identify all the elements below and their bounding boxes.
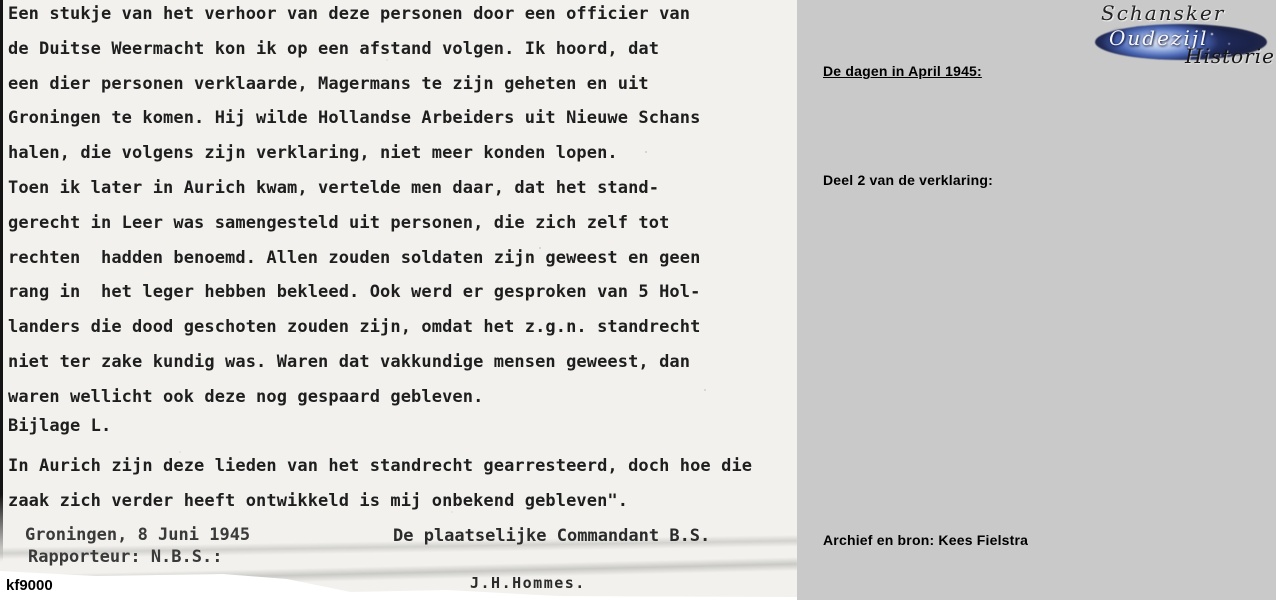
document-line: gerecht in Leer was samengesteld uit per…: [8, 206, 794, 241]
document-line: Groningen te komen. Hij wilde Hollandse …: [8, 101, 794, 136]
page-title: De dagen in April 1945:: [823, 63, 982, 79]
document-line: landers die dood geschoten zouden zijn, …: [8, 310, 794, 345]
section-subtitle: Deel 2 van de verklaring:: [823, 172, 993, 188]
side-panel: De dagen in April 1945: Deel 2 van de ve…: [797, 0, 1276, 600]
signature-place-date: Groningen, 8 Juni 1945: [25, 525, 250, 545]
document-line: Toen ik later in Aurich kwam, vertelde m…: [8, 171, 794, 206]
document-line: In Aurich zijn deze lieden van het stand…: [8, 449, 794, 484]
logo-word-historie: Historie: [1185, 44, 1275, 68]
document-line: een dier personen verklaarde, Magermans …: [8, 67, 794, 102]
document-line: halen, die volgens zijn verklaring, niet…: [8, 136, 794, 171]
document-line: zaak zich verder heeft ontwikkeld is mij…: [8, 484, 794, 519]
document-line: rang in het leger hebben bekleed. Ook we…: [8, 275, 794, 310]
document-line: Een stukje van het verhoor van deze pers…: [8, 0, 794, 32]
source-credit: Archief en bron: Kees Fielstra: [823, 532, 1028, 548]
scan-left-edge: [0, 0, 3, 562]
signature-rapporteur: Rapporteur: N.B.S.:: [28, 547, 222, 567]
signature-name: J.H.Hommes.: [470, 574, 586, 592]
document-line: niet ter zake kundig was. Waren dat vakk…: [8, 345, 794, 380]
site-logo: Schansker Oudezijl Historie: [1093, 2, 1273, 72]
document-line: rechten hadden benoemd. Allen zouden sol…: [8, 241, 794, 276]
logo-word-schansker: Schansker: [1101, 1, 1225, 25]
signature-commandant: De plaatselijke Commandant B.S.: [393, 526, 710, 546]
archive-code: kf9000: [6, 577, 53, 594]
typewritten-text: Een stukje van het verhoor van deze pers…: [8, 0, 794, 519]
document-line: de Duitse Weermacht kon ik op een afstan…: [8, 32, 794, 67]
scanned-document: Een stukje van het verhoor van deze pers…: [0, 0, 797, 600]
